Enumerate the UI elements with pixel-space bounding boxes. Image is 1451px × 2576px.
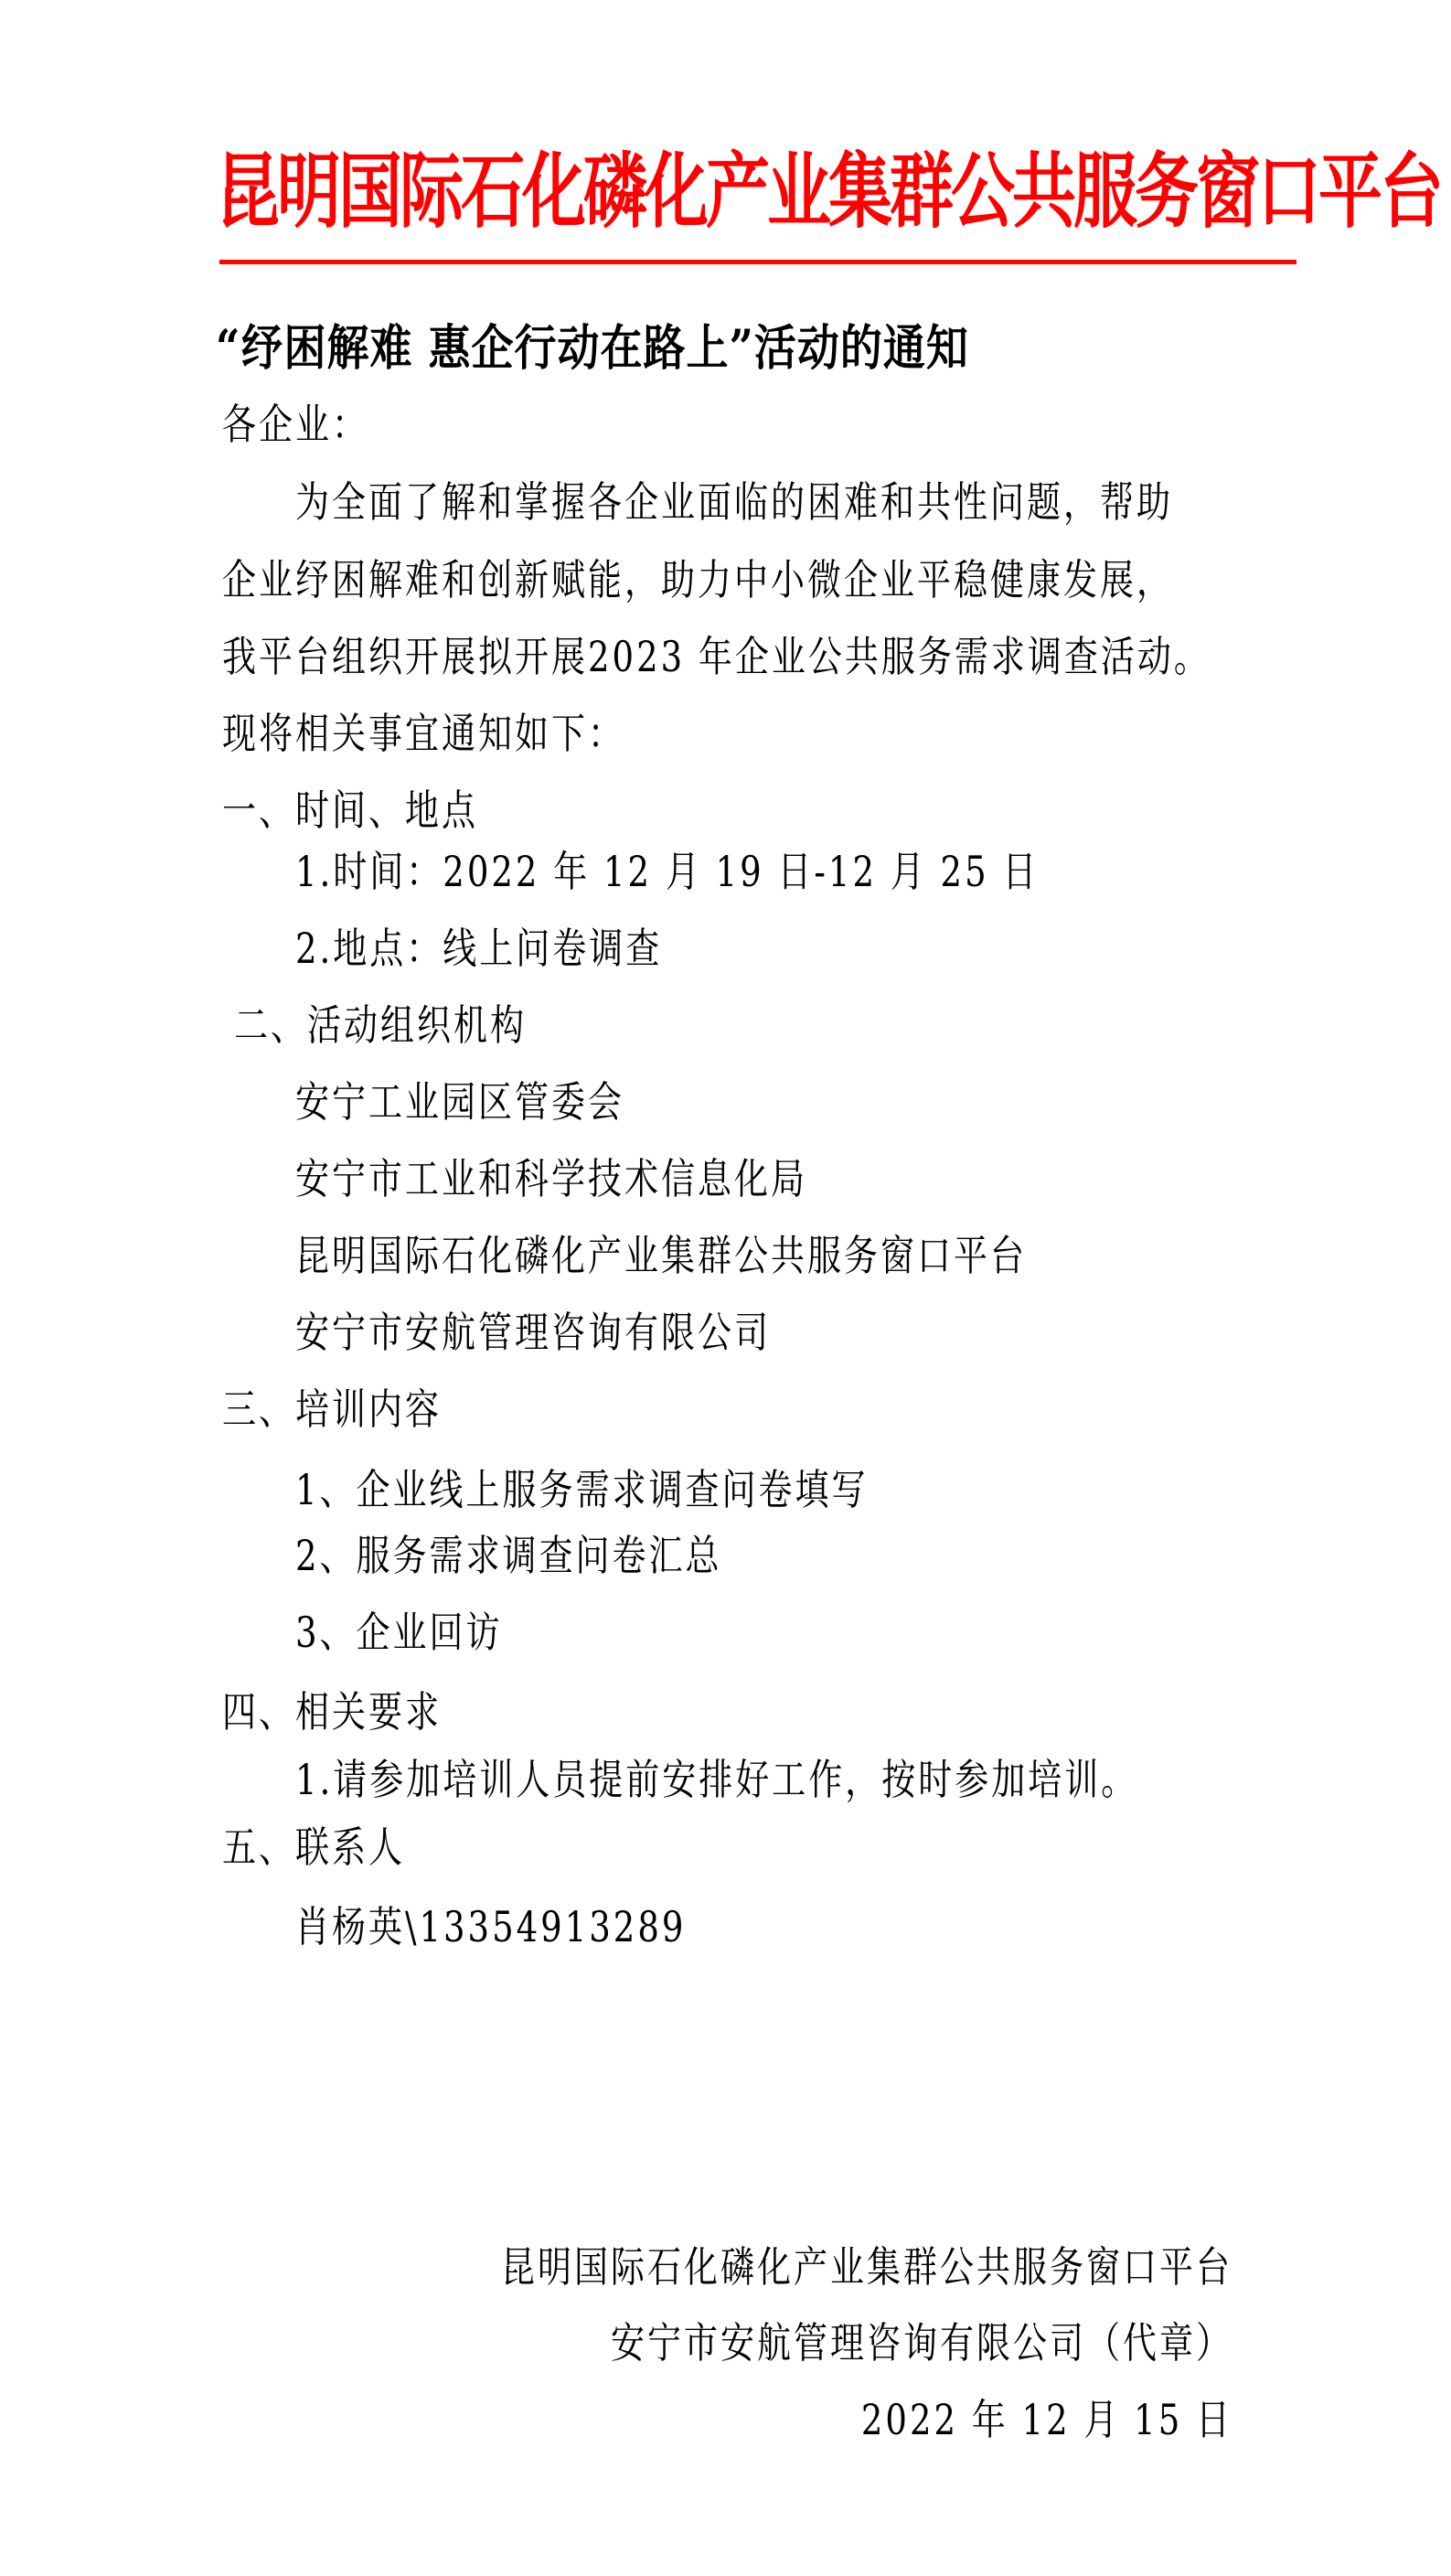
section-item: 安宁市安航管理咨询有限公司 xyxy=(295,1305,771,1363)
section-heading-organizers: 二、活动组织机构 xyxy=(234,998,527,1055)
section-item: 1.时间：2022 年 12 月 19 日-12 月 25 日 xyxy=(295,844,1039,902)
section-item: 安宁工业园区管委会 xyxy=(295,1074,624,1132)
section-item: 安宁市工业和科学技术信息化局 xyxy=(295,1151,807,1209)
section-heading-contact: 五、联系人 xyxy=(222,1820,405,1877)
signature-date: 2022 年 12 月 15 日 xyxy=(861,2392,1232,2450)
section-heading-training-content: 三、培训内容 xyxy=(222,1382,442,1439)
intro-line: 为全面了解和掌握各企业面临的困难和共性问题，帮助 xyxy=(295,475,1173,532)
signature-org-company: 安宁市安航管理咨询有限公司（代章） xyxy=(611,2315,1232,2373)
contact-person: 肖杨英\13354913289 xyxy=(295,1899,686,1957)
section-item: 2、服务需求调查问卷汇总 xyxy=(295,1528,722,1586)
section-heading-requirements: 四、相关要求 xyxy=(222,1684,442,1742)
signature-org-platform: 昆明国际石化磷化产业集群公共服务窗口平台 xyxy=(501,2239,1232,2297)
section-item: 昆明国际石化磷化产业集群公共服务窗口平台 xyxy=(295,1228,1027,1286)
intro-line: 企业纾困解难和创新赋能，助力中小微企业平稳健康发展， xyxy=(222,552,1173,610)
intro-line: 我平台组织开展拟开展2023 年企业公共服务需求调查活动。 xyxy=(222,629,1211,687)
section-item: 3、企业回访 xyxy=(295,1605,503,1662)
section-heading-time-place: 一、时间、地点 xyxy=(222,783,478,840)
document-page: 昆明国际石化磷化产业集群公共服务窗口平台 “纾困解难 惠企行动在路上”活动的通知… xyxy=(0,0,1451,2576)
notice-title: “纾困解难 惠企行动在路上”活动的通知 xyxy=(216,311,1276,385)
salutation: 各企业： xyxy=(222,397,368,454)
section-item: 1.请参加培训人员提前安排好工作，按时参加培训。 xyxy=(295,1752,1137,1810)
masthead-divider xyxy=(219,260,1296,264)
section-item: 2.地点：线上问卷调查 xyxy=(295,921,662,978)
intro-line: 现将相关事宜通知如下： xyxy=(222,706,624,764)
section-item: 1、企业线上服务需求调查问卷填写 xyxy=(295,1462,869,1520)
masthead-title: 昆明国际石化磷化产业集群公共服务窗口平台 xyxy=(216,122,1231,262)
